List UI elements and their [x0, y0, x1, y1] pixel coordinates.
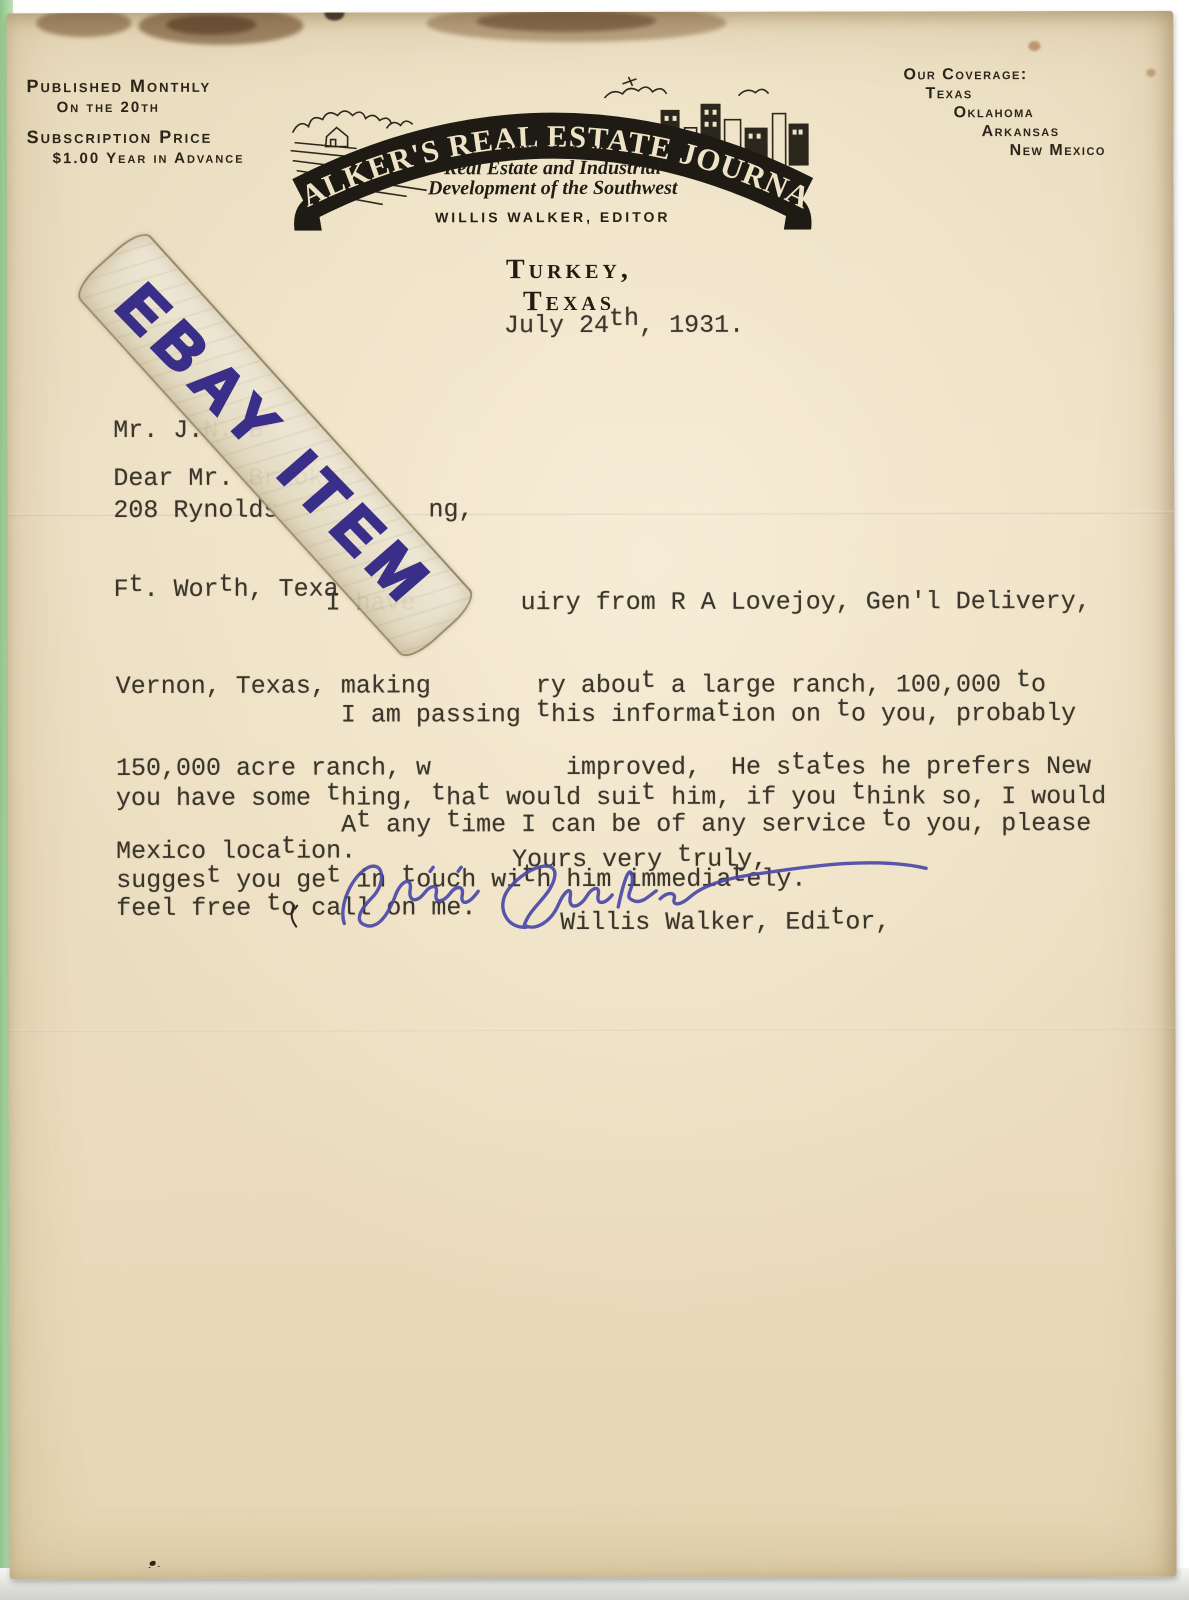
date-ordinal-suffix: th: [609, 304, 639, 333]
publication-day: On the 20th: [57, 97, 245, 119]
coverage-item: Texas: [926, 84, 1106, 103]
subscription-price-label: Subscription Price: [27, 126, 245, 148]
banner-editor-line: WILLIS WALKER, EDITOR: [435, 209, 670, 225]
paper-rust-spot: [1028, 41, 1040, 51]
paper-stain: [36, 11, 131, 37]
body-line: I have uiry from R A Lovejoy, Gen'l Deli…: [116, 588, 1091, 618]
coverage-item: Arkansas: [982, 122, 1106, 141]
subscription-price-value: $1.00 Year in Advance: [53, 148, 245, 170]
body-line: I am passing this information on to you,…: [116, 700, 1106, 730]
handwritten-signature: [330, 834, 940, 940]
masthead-banner-illustration: WALKER'S REAL ESTATE JOURNAL Devoted to …: [286, 58, 818, 231]
coverage-item: Oklahoma: [954, 103, 1106, 122]
paper-fold-crease: [8, 1027, 1175, 1032]
publication-frequency: Published Monthly: [26, 75, 244, 97]
paper-stain: [324, 11, 344, 21]
banner-tagline-3: Development of the Southwest: [427, 177, 679, 200]
scanned-letter-page: Published Monthly On the 20th Subscripti…: [0, 0, 1189, 1600]
letter-date: July 24th, 1931.: [504, 312, 744, 340]
coverage-list: Our Coverage: Texas Oklahoma Arkansas Ne…: [903, 65, 1105, 160]
coverage-item: New Mexico: [1010, 141, 1106, 160]
stray-ink-mark: [284, 903, 300, 931]
coverage-heading: Our Coverage:: [903, 65, 1105, 84]
paper-stain: [166, 15, 256, 35]
ink-speck: [150, 1561, 156, 1566]
letter-paper: Published Monthly On the 20th Subscripti…: [6, 11, 1176, 1579]
banner-tagline-1: Devoted to the: [499, 138, 606, 158]
letterhead-city-line: Turkey, Texas: [459, 254, 679, 318]
publication-info: Published Monthly On the 20th Subscripti…: [26, 75, 244, 170]
paper-rust-spot: [1146, 69, 1155, 77]
